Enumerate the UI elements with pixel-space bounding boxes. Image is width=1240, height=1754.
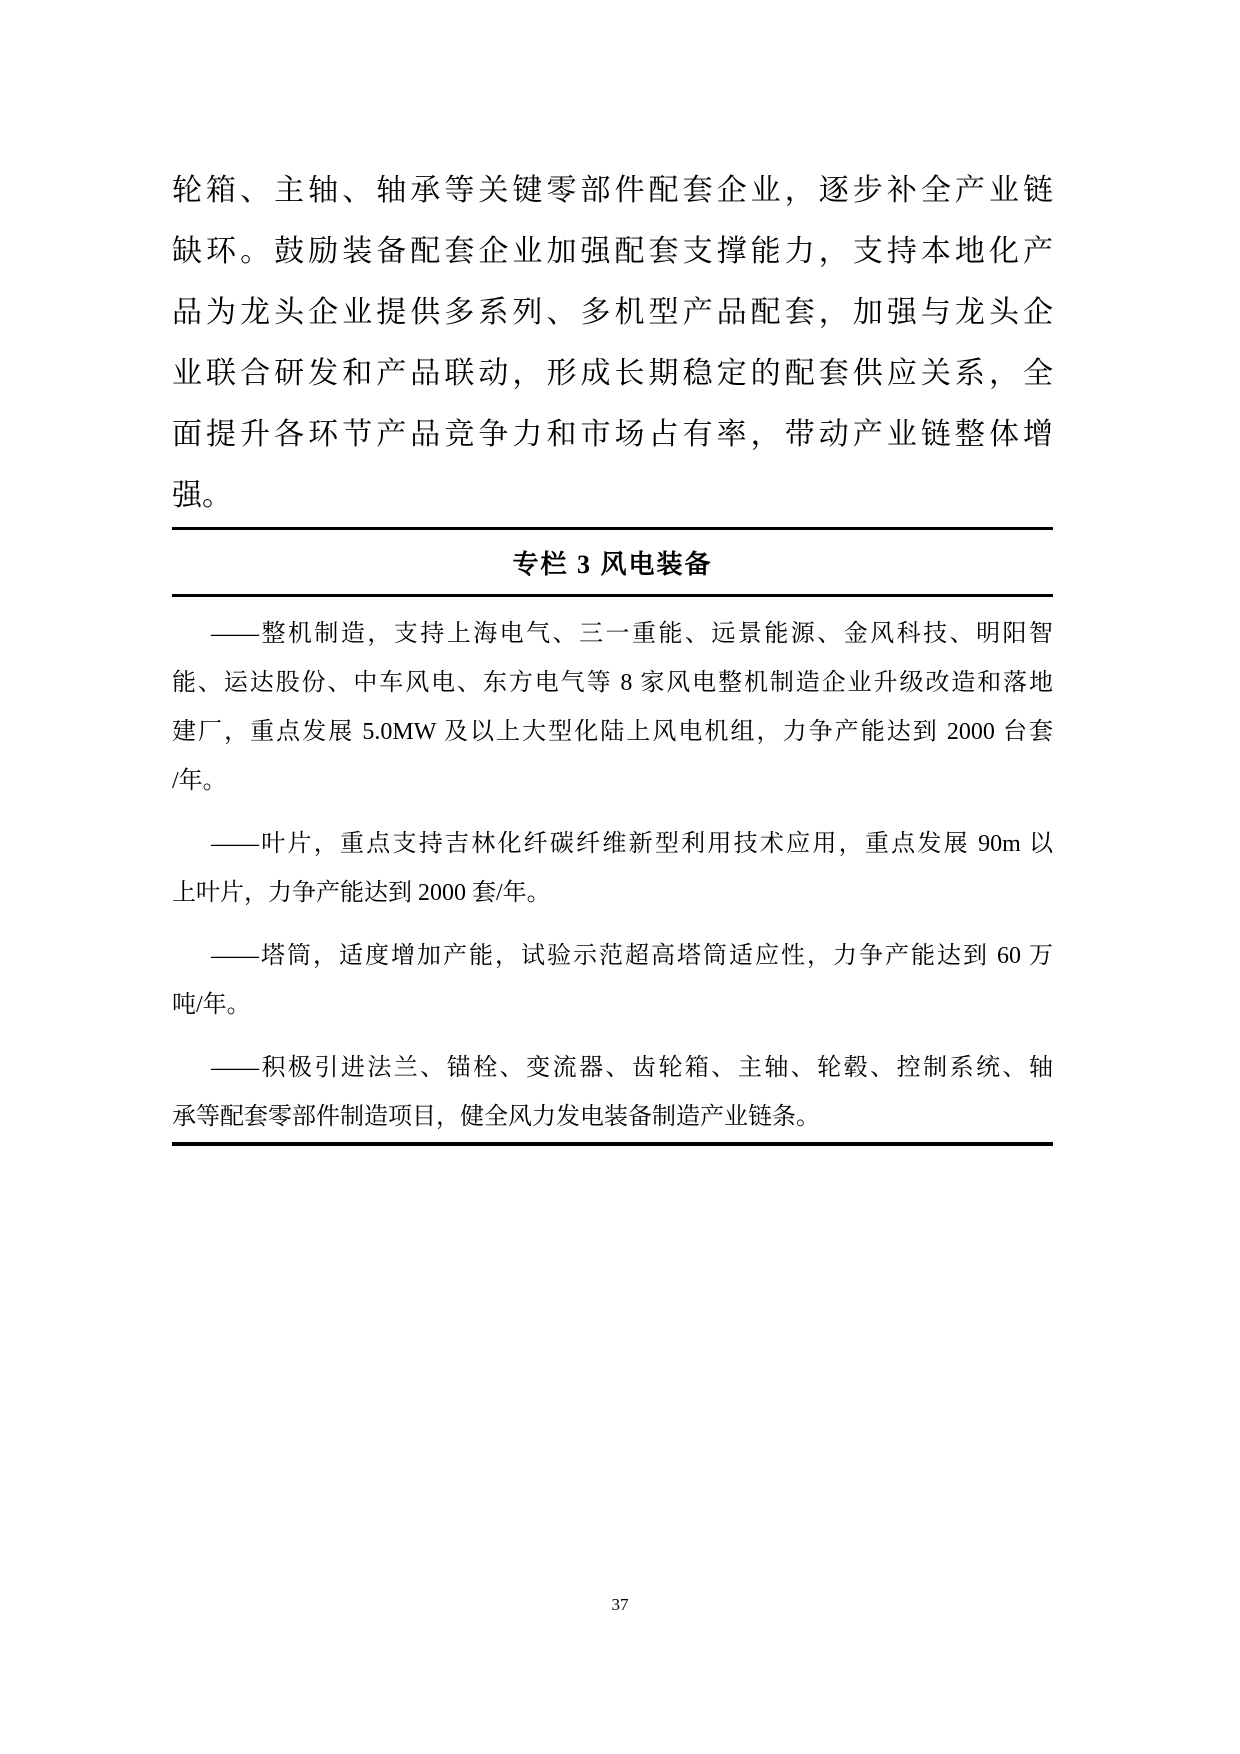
callout-box-wind-power-equipment: 专栏 3 风电装备 ——整机制造，支持上海电气、三一重能、远景能源、金风科技、明…: [172, 527, 1053, 1146]
body-text-line: 面提升各环节产品竞争力和市场占有率，带动产业链整体增: [172, 404, 1053, 465]
document-page: 轮箱、主轴、轴承等关键零部件配套企业，逐步补全产业链 缺环。鼓励装备配套企业加强…: [0, 0, 1240, 1754]
body-text-line: 业联合研发和产品联动，形成长期稳定的配套供应关系，全: [172, 343, 1053, 404]
body-text-line: 轮箱、主轴、轴承等关键零部件配套企业，逐步补全产业链: [172, 160, 1053, 221]
body-text-line: 品为龙头企业提供多系列、多机型产品配套，加强与龙头企: [172, 282, 1053, 343]
callout-text-line: 吨/年。: [172, 981, 1053, 1030]
callout-paragraph-blades: ——叶片，重点支持吉林化纤碳纤维新型利用技术应用，重点发展 90m 以 上叶片，…: [172, 820, 1053, 918]
callout-text-line: 建厂，重点发展 5.0MW 及以上大型化陆上风电机组，力争产能达到 2000 台…: [172, 708, 1053, 757]
callout-text-line: 上叶片，力争产能达到 2000 套/年。: [172, 869, 1053, 918]
body-text-line: 强。: [172, 465, 1053, 526]
callout-text-line: 承等配套零部件制造项目，健全风力发电装备制造产业链条。: [172, 1093, 1053, 1142]
callout-text-line: ——整机制造，支持上海电气、三一重能、远景能源、金风科技、明阳智: [172, 610, 1053, 659]
callout-text-line: /年。: [172, 757, 1053, 806]
callout-box-body: ——整机制造，支持上海电气、三一重能、远景能源、金风科技、明阳智 能、运达股份、…: [172, 597, 1053, 1146]
callout-paragraph-complete-units: ——整机制造，支持上海电气、三一重能、远景能源、金风科技、明阳智 能、运达股份、…: [172, 610, 1053, 806]
body-text-line: 缺环。鼓励装备配套企业加强配套支撑能力，支持本地化产: [172, 221, 1053, 282]
callout-text-line: ——叶片，重点支持吉林化纤碳纤维新型利用技术应用，重点发展 90m 以: [172, 820, 1053, 869]
callout-paragraph-components: ——积极引进法兰、锚栓、变流器、齿轮箱、主轴、轮毂、控制系统、轴 承等配套零部件…: [172, 1044, 1053, 1142]
callout-text-line: ——积极引进法兰、锚栓、变流器、齿轮箱、主轴、轮毂、控制系统、轴: [172, 1044, 1053, 1093]
callout-box-title: 专栏 3 风电装备: [172, 527, 1053, 597]
callout-text-line: 能、运达股份、中车风电、东方电气等 8 家风电整机制造企业升级改造和落地: [172, 659, 1053, 708]
body-paragraph: 轮箱、主轴、轴承等关键零部件配套企业，逐步补全产业链 缺环。鼓励装备配套企业加强…: [172, 160, 1053, 526]
page-number: 37: [0, 1595, 1240, 1615]
callout-paragraph-towers: ——塔筒，适度增加产能，试验示范超高塔筒适应性，力争产能达到 60 万 吨/年。: [172, 932, 1053, 1030]
callout-text-line: ——塔筒，适度增加产能，试验示范超高塔筒适应性，力争产能达到 60 万: [172, 932, 1053, 981]
